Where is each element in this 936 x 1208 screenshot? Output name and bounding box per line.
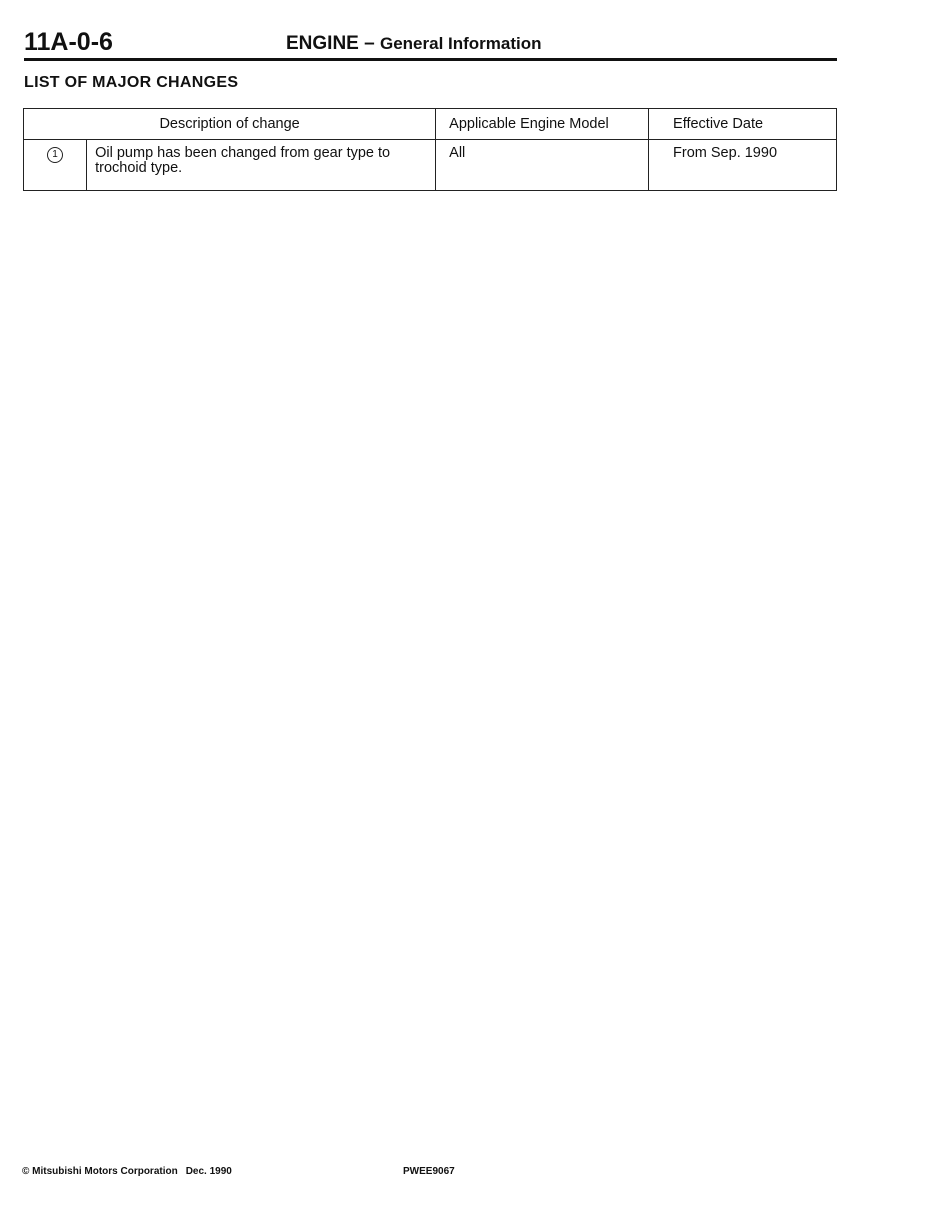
title-separator: – bbox=[364, 33, 375, 54]
footer-company: Mitsubishi Motors Corporation bbox=[32, 1166, 178, 1177]
footer-date: Dec. 1990 bbox=[186, 1166, 232, 1177]
title-sub: General Information bbox=[380, 34, 542, 53]
page-number: 11A-0-6 bbox=[24, 28, 113, 57]
column-header-description: Description of change bbox=[24, 109, 436, 140]
title-main: ENGINE bbox=[286, 33, 359, 54]
table-header-row: Description of change Applicable Engine … bbox=[24, 109, 837, 140]
table-row: 1 Oil pump has been changed from gear ty… bbox=[24, 140, 837, 191]
running-title: ENGINE – General Information bbox=[286, 33, 542, 55]
section-title: LIST OF MAJOR CHANGES bbox=[24, 74, 238, 92]
column-header-effective-date: Effective Date bbox=[649, 109, 837, 140]
circled-number: 1 bbox=[47, 147, 63, 163]
column-header-engine-model: Applicable Engine Model bbox=[436, 109, 649, 140]
copyright-icon: © bbox=[22, 1166, 29, 1177]
footer-code: PWEE9067 bbox=[403, 1166, 455, 1177]
row-number-cell: 1 bbox=[24, 140, 87, 191]
header-rule bbox=[24, 58, 837, 61]
effective-date-cell: From Sep. 1990 bbox=[649, 140, 837, 191]
description-cell: Oil pump has been changed from gear type… bbox=[87, 140, 436, 191]
footer-copyright: © Mitsubishi Motors CorporationDec. 1990 bbox=[22, 1166, 232, 1177]
changes-table: Description of change Applicable Engine … bbox=[23, 108, 837, 191]
engine-model-cell: All bbox=[436, 140, 649, 191]
